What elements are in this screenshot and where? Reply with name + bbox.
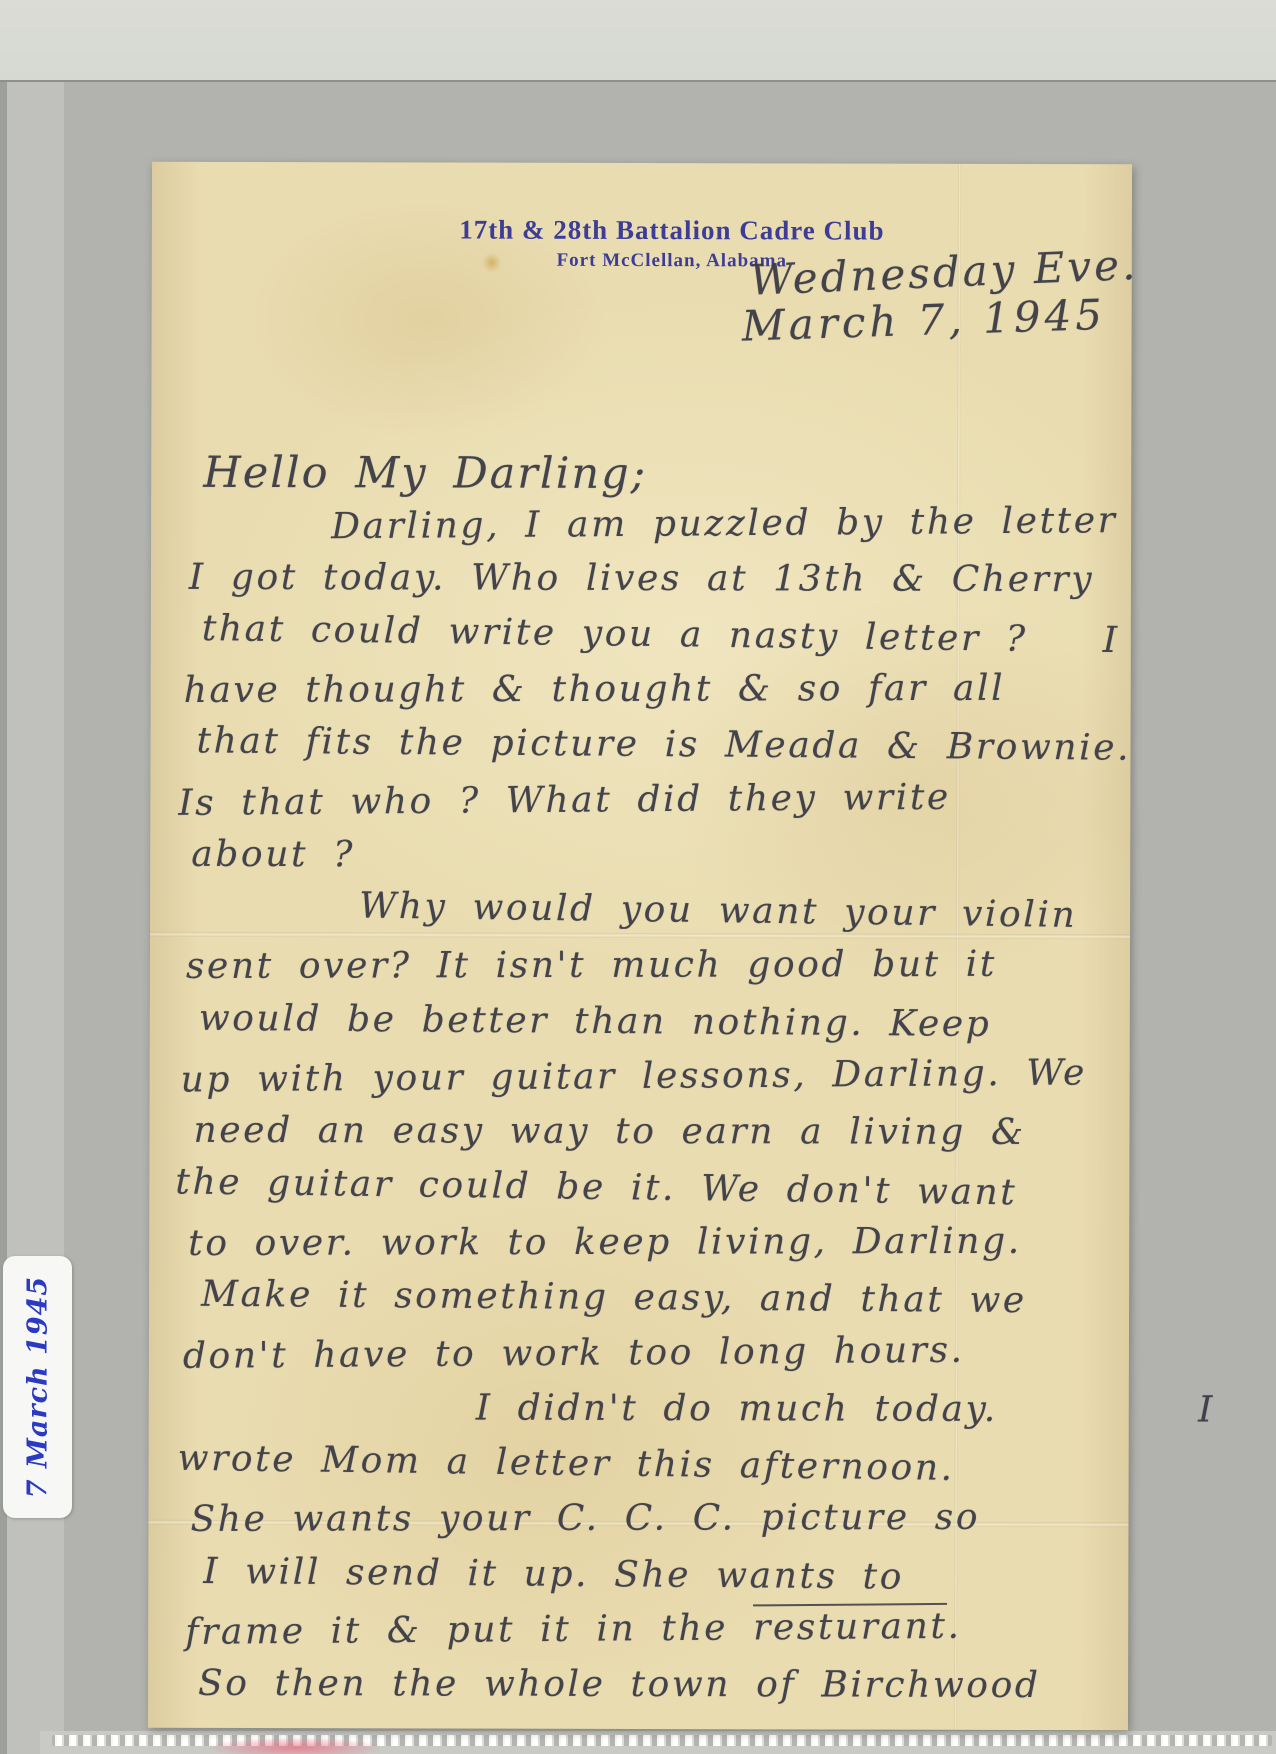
handwritten-line: frame it & put it in the resturant. [185, 1606, 962, 1653]
handwritten-date: March 7, 1945 [741, 290, 1107, 351]
handwritten-line: the guitar could be it. We don't want [175, 1161, 1018, 1213]
handwritten-line: to over. work to keep living, Darling. [188, 1221, 1022, 1264]
handwritten-line: Make it something easy, and that we [201, 1274, 1027, 1321]
handwritten-line: that fits the picture is Meada & Brownie… [196, 721, 1131, 769]
handwritten-line: Darling, I am puzzled by the letter [331, 500, 1118, 547]
handwritten-line: would be better than nothing. Keep [199, 997, 992, 1044]
handwritten-line: Is that who ? What did they write [178, 776, 951, 823]
overlined-word: resturant [753, 1603, 948, 1649]
scanner-top-band [0, 0, 1276, 82]
scanned-letter-page: 7 March 1945 17th & 28th Battalion Cadre… [0, 0, 1276, 1754]
handwritten-line: Why would you want your violin [359, 886, 1078, 936]
handwritten-line: I got today. Who lives at 13th & Cherry [189, 557, 1094, 600]
handwritten-line: about ? [191, 834, 355, 875]
handwritten-line: have thought & thought & so far all [184, 668, 1006, 711]
salutation: Hello My Darling; [203, 448, 647, 499]
handwritten-line: wrote Mom a letter this afternoon. [177, 1438, 955, 1489]
letter-body: Darling, I am puzzled by the letterI got… [152, 162, 1132, 165]
handwritten-line: I didn't do much today. I [476, 1387, 1215, 1430]
letter-paper: 17th & 28th Battalion Cadre Club Fort Mc… [148, 162, 1132, 1731]
handwritten-line: need an easy way to earn a living & [193, 1110, 1025, 1153]
handwritten-line: up with your guitar lessons, Darling. We [181, 1052, 1088, 1100]
scan-artifact-pink-glow [210, 1738, 380, 1754]
handwritten-line: don't have to work too long hours. [183, 1329, 965, 1376]
handwritten-line: So then the whole town of Birchwood [198, 1663, 1041, 1706]
handwritten-line: I will send it up. She wants to [203, 1551, 904, 1598]
handwritten-line: sent over? It isn't much good but it [186, 944, 997, 987]
archival-date-label-text: 7 March 1945 [22, 1276, 53, 1498]
archival-date-label: 7 March 1945 [3, 1256, 72, 1518]
letterhead-organization: 17th & 28th Battalion Cadre Club [392, 214, 952, 246]
handwritten-line: that could write you a nasty letter ? I [202, 608, 1120, 661]
handwritten-line: She wants your C. C. C. picture so [190, 1497, 980, 1540]
